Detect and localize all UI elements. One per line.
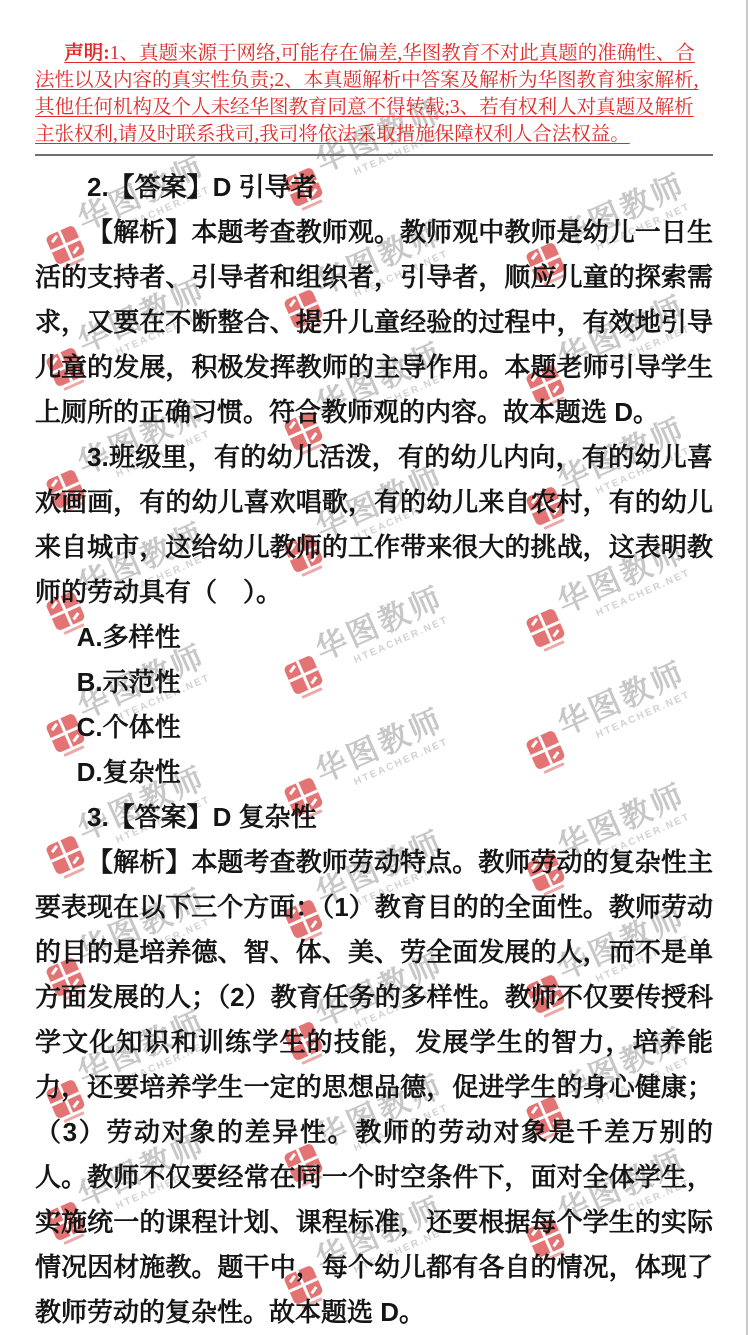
section-divider (35, 154, 713, 156)
disclaimer-paragraph: 声明:1、真题来源于网络,可能存在偏差,华图教育不对此真题的准确性、合法性以及内… (35, 40, 713, 148)
q2-answer-line: 2.【答案】D 引导者 (35, 165, 713, 210)
q3-option-b: B.示范性 (35, 660, 713, 705)
disclaimer-text: 1、真题来源于网络,可能存在偏差,华图教育不对此真题的准确性、合法性以及内容的真… (35, 43, 699, 145)
q3-option-c: C.个体性 (35, 705, 713, 750)
disclaimer-label: 声明: (64, 43, 110, 64)
q3-stem: 3.班级里，有的幼儿活泼，有的幼儿内向，有的幼儿喜欢画画，有的幼儿喜欢唱歌，有的… (35, 435, 713, 615)
q3-answer-line: 3.【答案】D 复杂性 (35, 795, 713, 840)
q3-analysis: 【解析】本题考查教师劳动特点。教师劳动的复杂性主要表现在以下三个方面：（1）教育… (35, 840, 713, 1335)
document-content: 声明:1、真题来源于网络,可能存在偏差,华图教育不对此真题的准确性、合法性以及内… (0, 0, 746, 1335)
q3-option-a: A.多样性 (35, 615, 713, 660)
q3-option-d: D.复杂性 (35, 750, 713, 795)
questions-body: 2.【答案】D 引导者 【解析】本题考查教师观。教师观中教师是幼儿一日生活的支持… (35, 165, 713, 1335)
document-page: 华图教师HTEACHER.NET华图教师HTEACHER.NET华图教师HTEA… (0, 0, 748, 1335)
q2-analysis: 【解析】本题考查教师观。教师观中教师是幼儿一日生活的支持者、引导者和组织者，引导… (35, 210, 713, 435)
